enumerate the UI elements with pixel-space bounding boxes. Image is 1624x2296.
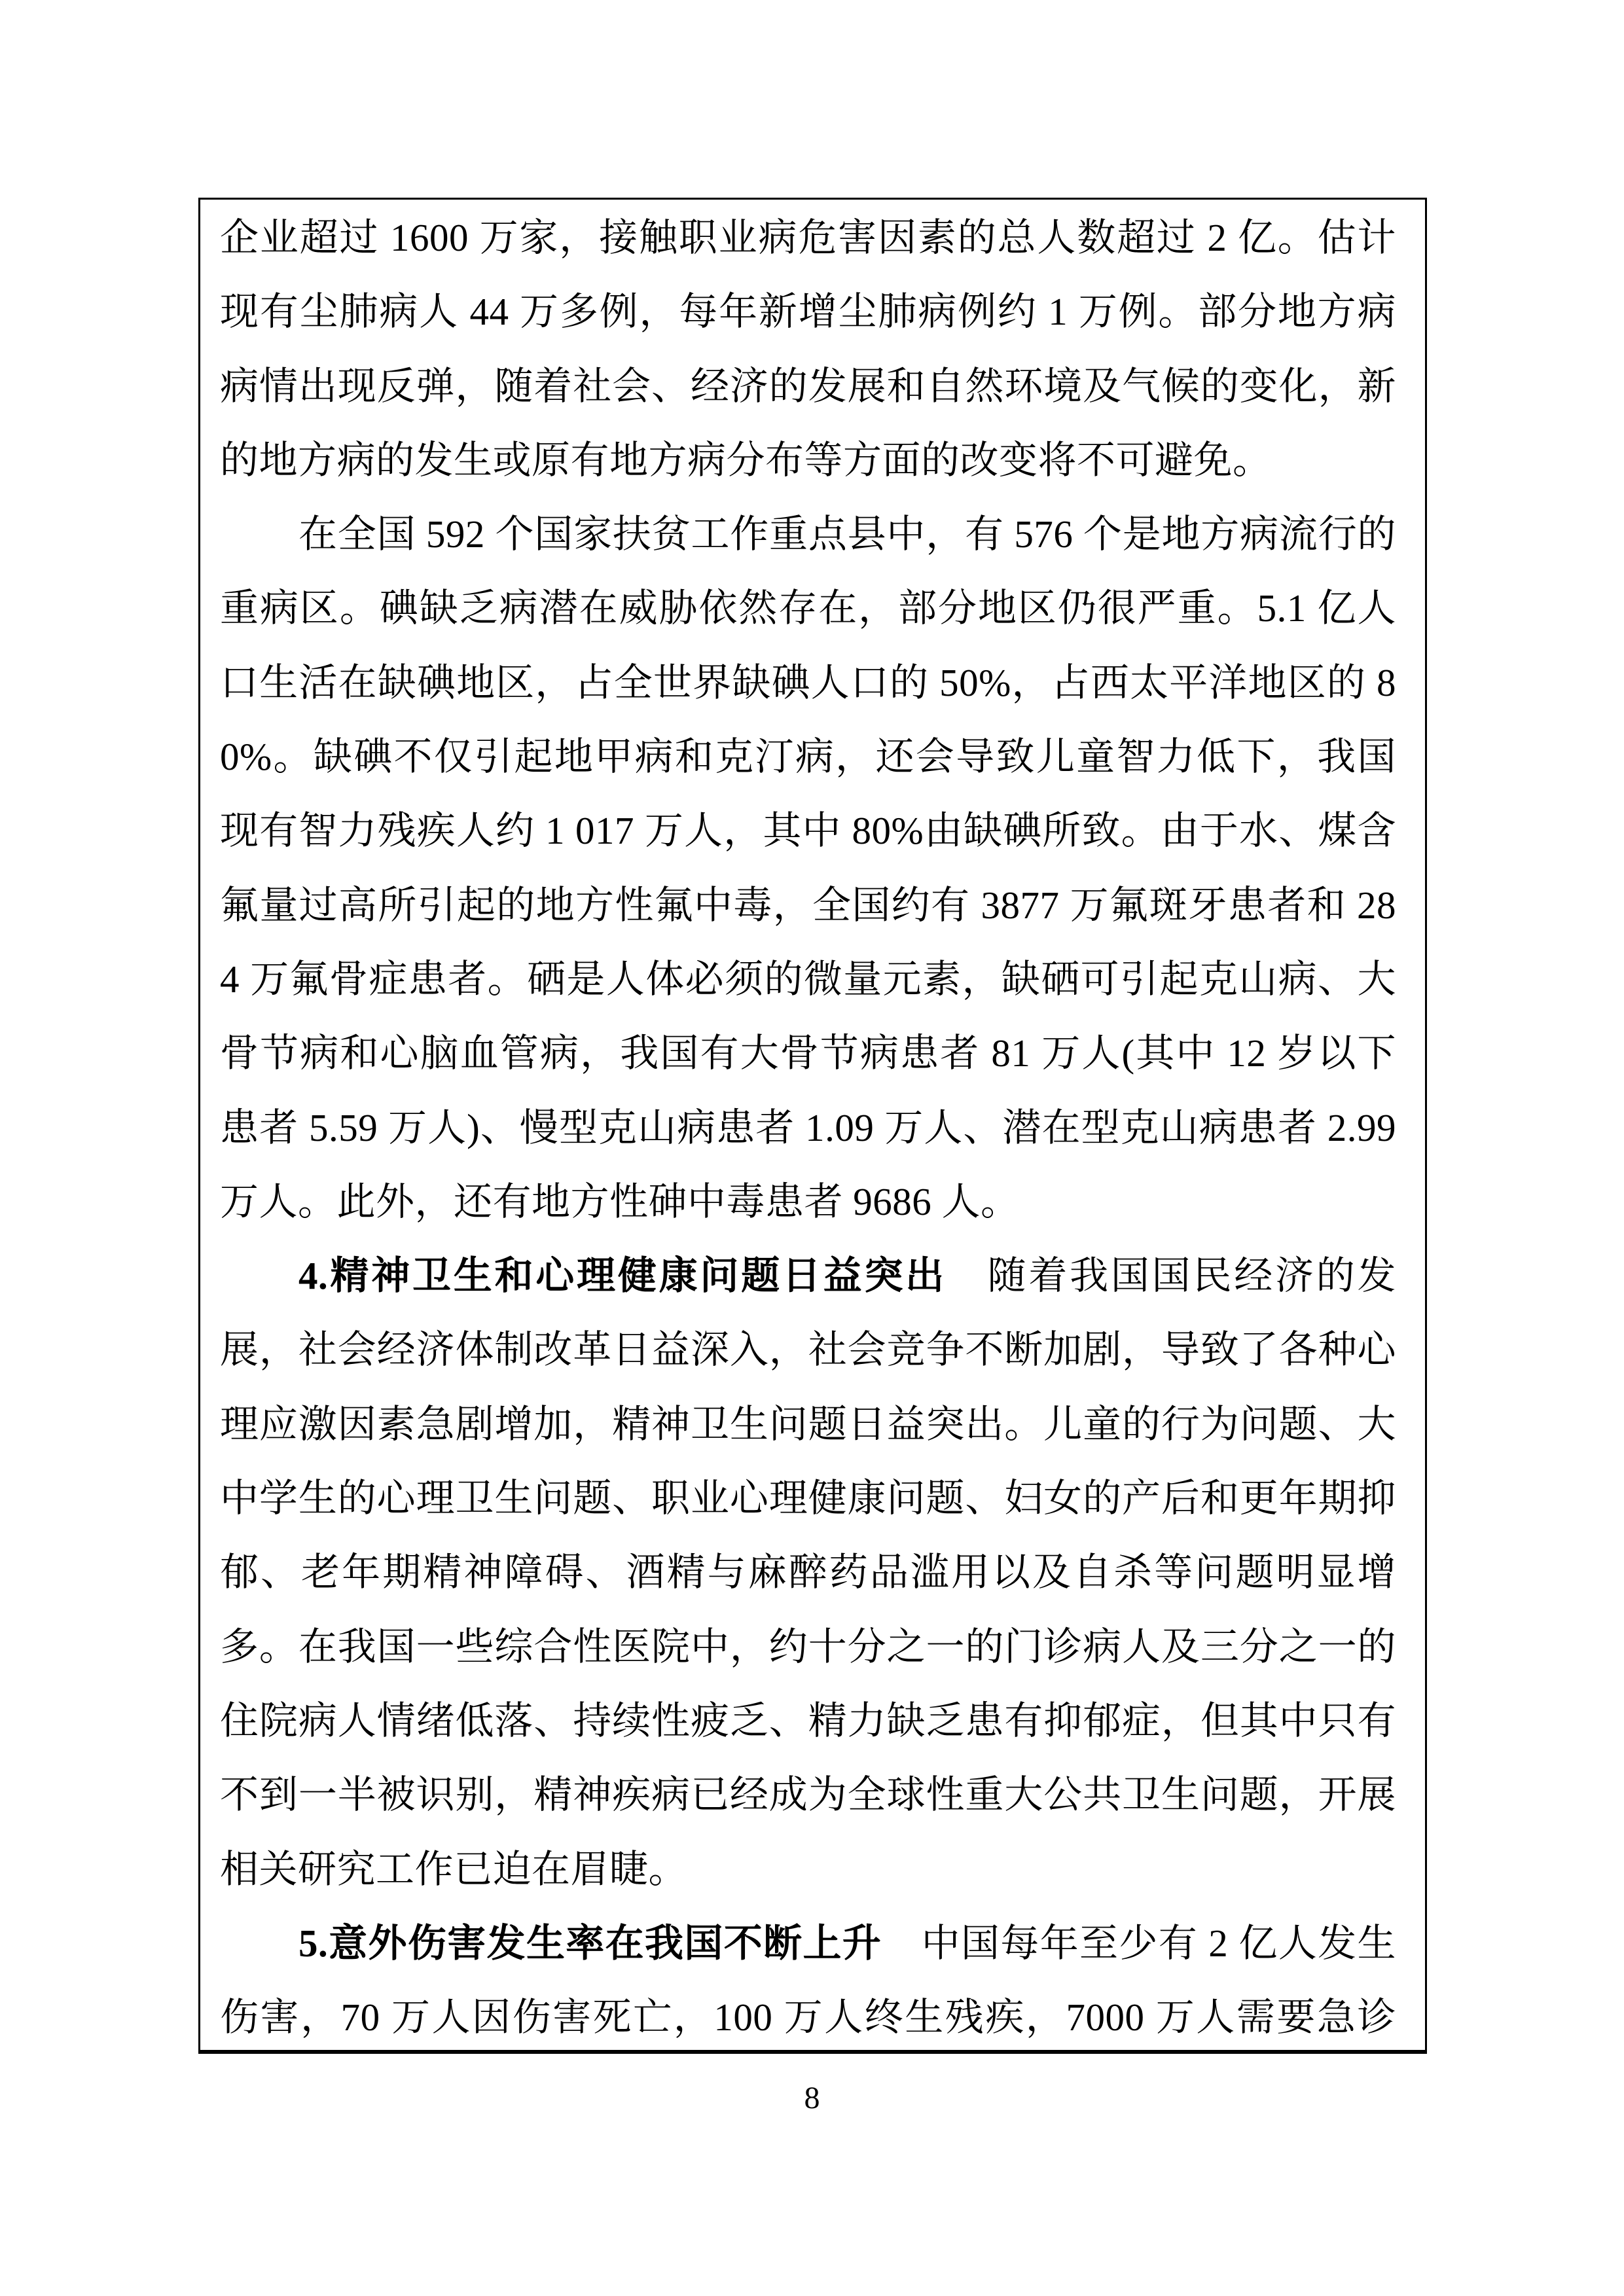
section-heading: 4.精神卫生和心理健康问题日益突出 [298, 1254, 947, 1297]
section-heading: 5.意外伤害发生率在我国不断上升 [298, 1922, 882, 1965]
document-body: 企业超过 1600 万家，接触职业病危害因素的总人数超过 2 亿。估计现有尘肺病… [220, 201, 1396, 2054]
paragraph-text: 企业超过 1600 万家，接触职业病危害因素的总人数超过 2 亿。估计现有尘肺病… [220, 216, 1396, 482]
paragraph: 5.意外伤害发生率在我国不断上升 中国每年至少有 2 亿人发生伤害，70 万人因… [220, 1907, 1396, 2054]
paragraph: 4.精神卫生和心理健康问题日益突出 随着我国国民经济的发展，社会经济体制改革日益… [220, 1239, 1396, 1907]
paragraph: 企业超过 1600 万家，接触职业病危害因素的总人数超过 2 亿。估计现有尘肺病… [220, 201, 1396, 497]
paragraph-text: 随着我国国民经济的发展，社会经济体制改革日益深入，社会竞争不断加剧，导致了各种心… [220, 1254, 1396, 1890]
page-number: 8 [0, 2080, 1624, 2117]
paragraph-text: 在全国 592 个国家扶贫工作重点县中，有 576 个是地方病流行的重病区。碘缺… [220, 512, 1396, 1223]
paragraph: 在全国 592 个国家扶贫工作重点县中，有 576 个是地方病流行的重病区。碘缺… [220, 497, 1396, 1239]
document-border: 企业超过 1600 万家，接触职业病危害因素的总人数超过 2 亿。估计现有尘肺病… [198, 198, 1427, 2054]
